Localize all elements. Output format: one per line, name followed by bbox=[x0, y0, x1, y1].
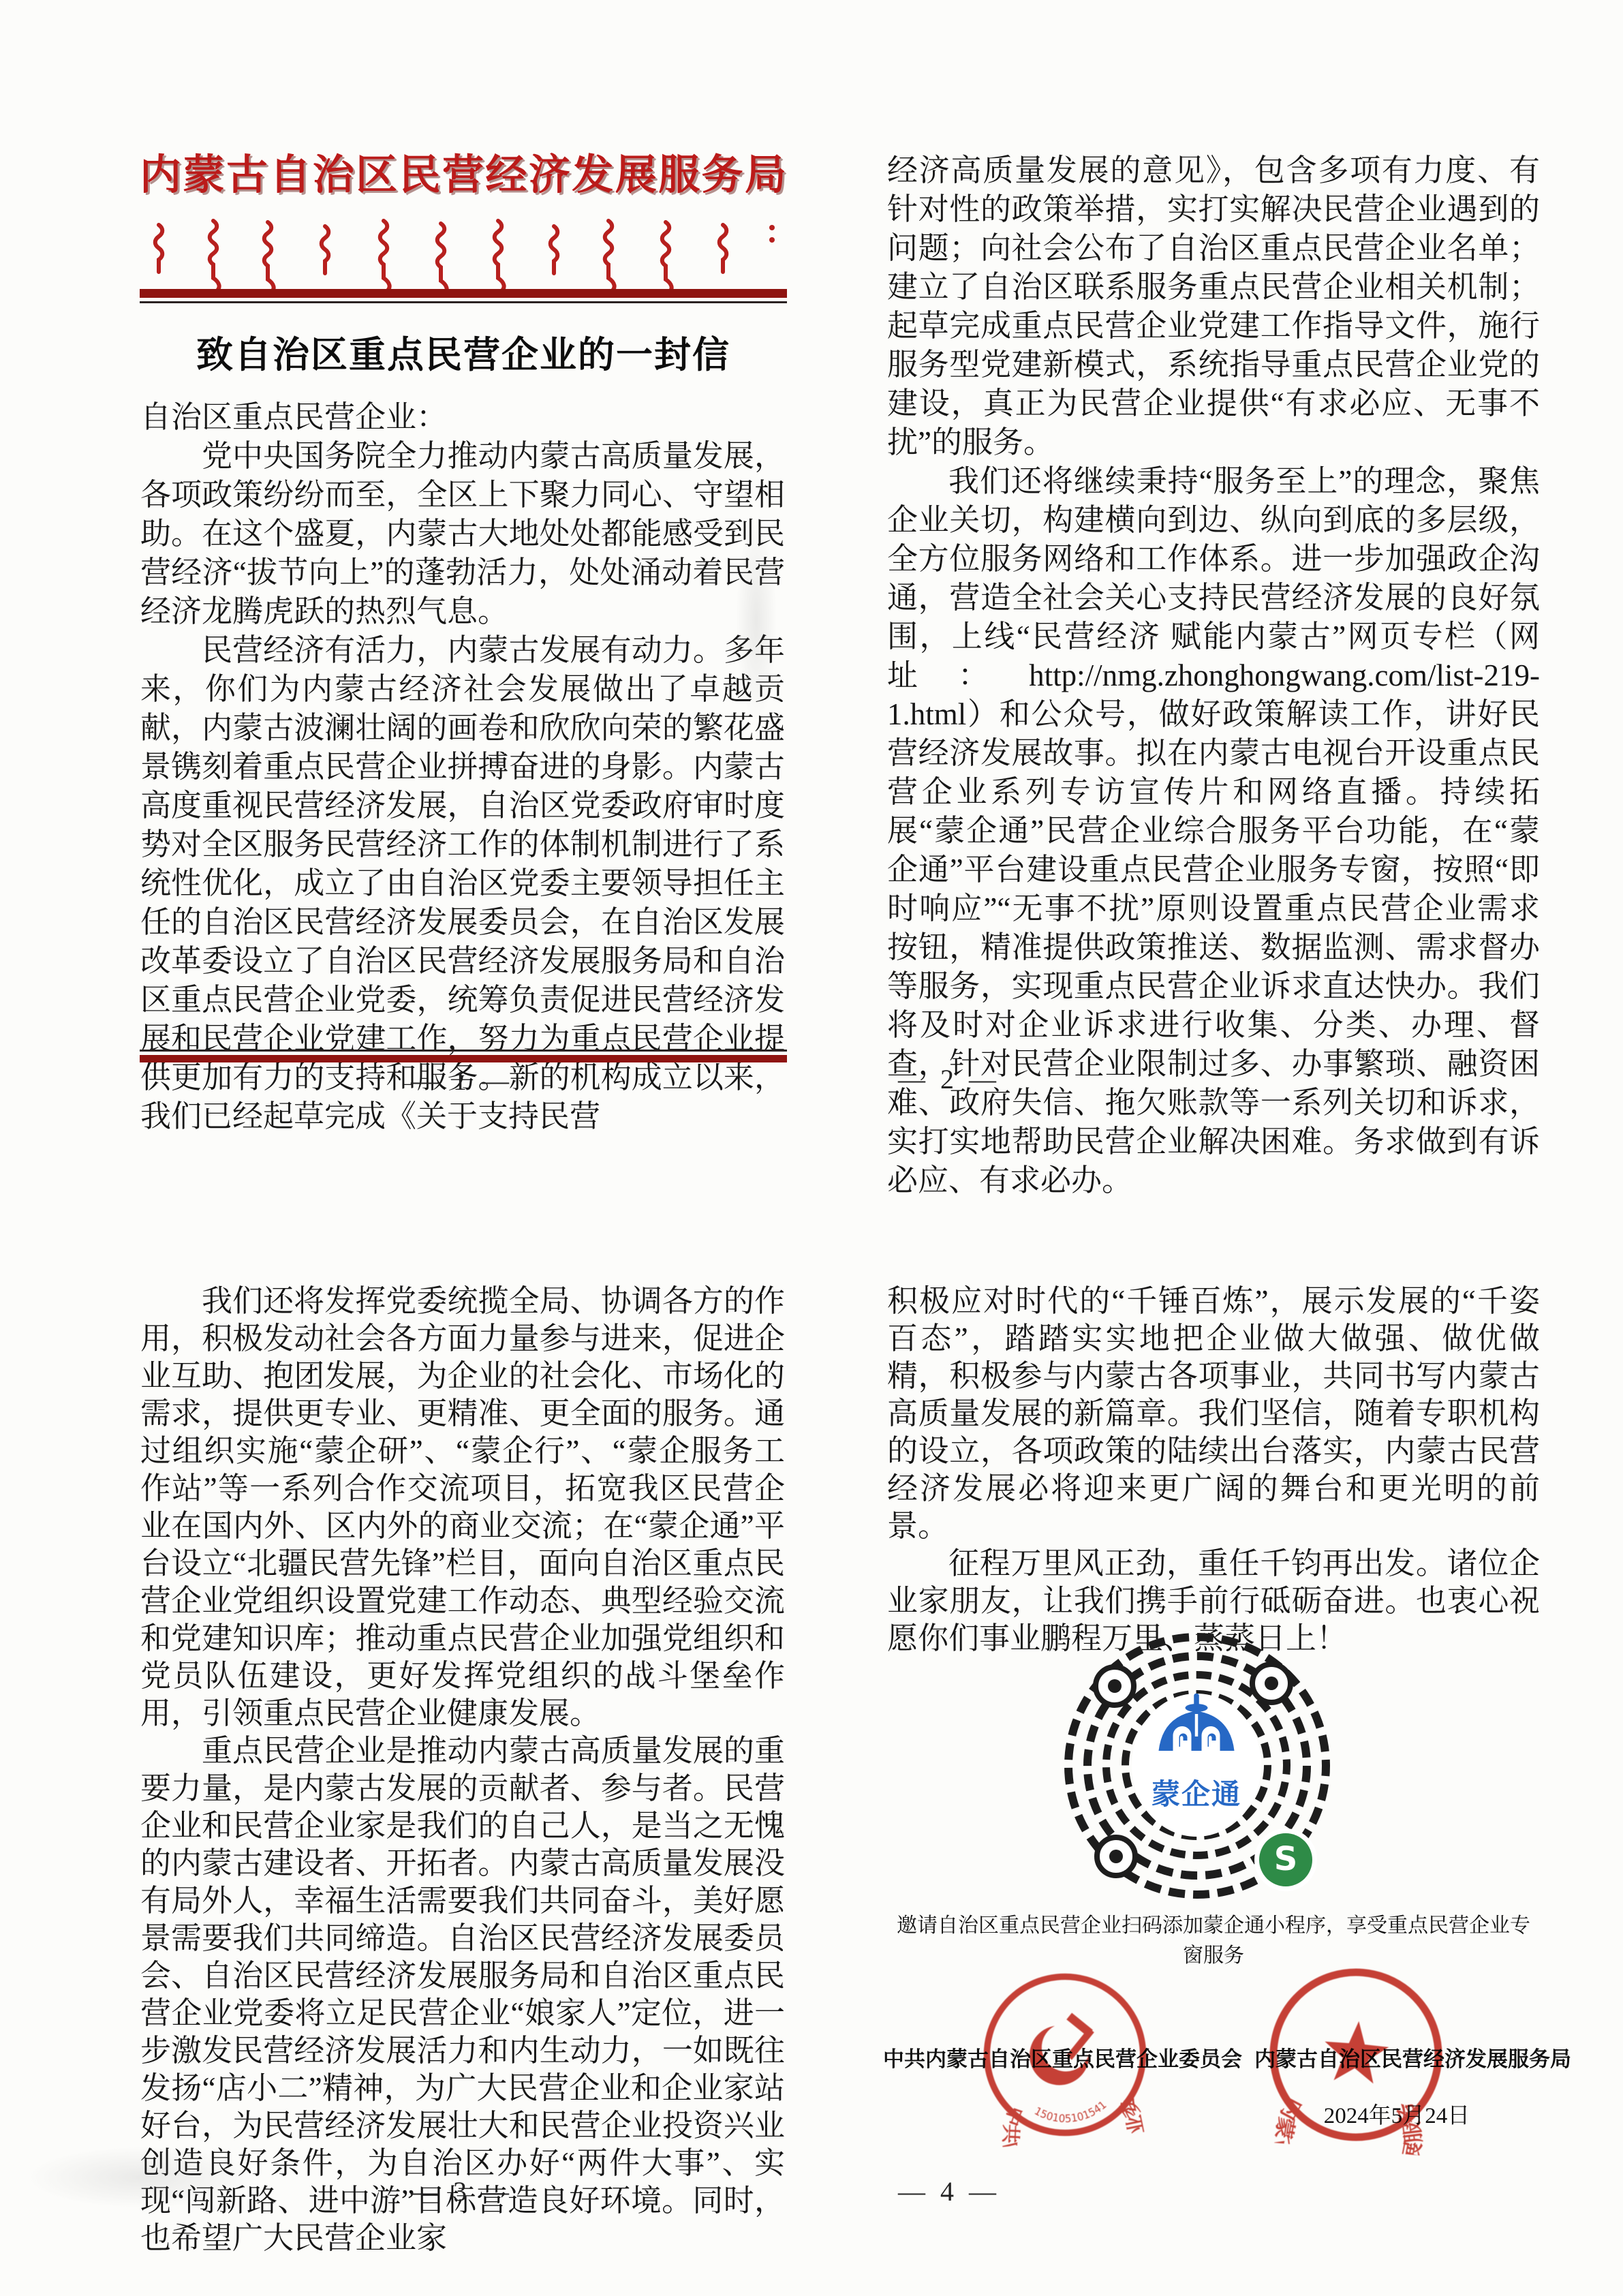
paragraph-continuation: 积极应对时代的“千锤百炼”，展示发展的“千姿百态”，踏踏实实地把企业做大做强、做… bbox=[887, 1283, 1540, 1545]
page1-footer-divider bbox=[140, 1050, 787, 1062]
scanned-letter-sheet: { "letterhead": { "agency": "内蒙古自治区民营经济发… bbox=[0, 0, 1623, 2296]
qr-brand-label: 蒙企通 bbox=[1132, 1772, 1261, 1813]
letterhead-divider bbox=[140, 289, 787, 303]
page4-number: — 4 — bbox=[898, 2175, 1000, 2207]
letterhead-agency-name: 内蒙古自治区民营经济发展服务局 bbox=[140, 142, 787, 201]
hammer-and-sickle-icon bbox=[1025, 2010, 1099, 2087]
document-title: 致自治区重点民营企业的一封信 bbox=[140, 326, 787, 378]
paragraph: 我们还将发挥党委统揽全局、协调各方的作用，积极发动社会各方面力量参与进来，促进企… bbox=[140, 1283, 785, 1732]
page4-body: 积极应对时代的“千锤百炼”，展示发展的“千姿百态”，踏踏实实地把企业做大做强、做… bbox=[887, 1283, 1540, 1637]
page1-number: — 1 — bbox=[140, 1065, 784, 1097]
official-seal-service-bureau: 内蒙古自治区民营经济发展服务局 bbox=[1266, 1960, 1446, 2153]
official-seal-party-committee: 中共内蒙古自治区重点民营企业委员会 15010510154136 bbox=[980, 1970, 1150, 2143]
scan-smudge bbox=[736, 518, 777, 722]
wechat-mini-program-icon: S bbox=[1259, 1833, 1312, 1886]
page2-number: — 2 — bbox=[898, 1063, 1000, 1095]
qr-position-marker-icon bbox=[1094, 1835, 1138, 1878]
scan-smudge bbox=[27, 2147, 259, 2208]
paragraph: 党中央国务院全力推动内蒙古高质量发展，各项政策纷纷而至，全区上下聚力同心、守望相… bbox=[140, 437, 785, 631]
qr-center-logo: 蒙企通 bbox=[1132, 1694, 1261, 1837]
page2-body: 经济高质量发展的意见》，包含多项有力度、有针对性的政策举措，实打实解决民营企业遇… bbox=[887, 151, 1540, 1058]
page1-body: 自治区重点民营企业： 党中央国务院全力推动内蒙古高质量发展，各项政策纷纷而至，全… bbox=[140, 398, 785, 1045]
qr-caption: 邀请自治区重点民营企业扫码添加蒙企通小程序，享受重点民营企业专窗服务 bbox=[887, 1908, 1540, 1968]
salutation: 自治区重点民营企业： bbox=[140, 398, 785, 437]
mongolian-script-line bbox=[146, 217, 780, 290]
star-icon bbox=[1322, 2019, 1391, 2085]
yurt-logo-icon bbox=[1145, 1694, 1248, 1767]
mini-program-qr-code: 蒙企通 S bbox=[1060, 1629, 1333, 1901]
page3-body: 我们还将发挥党委统揽全局、协调各方的作用，积极发动社会各方面力量参与进来，促进企… bbox=[140, 1283, 785, 2162]
paragraph-continuation: 经济高质量发展的意见》，包含多项有力度、有针对性的政策举措，实打实解决民营企业遇… bbox=[887, 151, 1540, 462]
qr-position-marker-icon bbox=[1093, 1664, 1137, 1708]
